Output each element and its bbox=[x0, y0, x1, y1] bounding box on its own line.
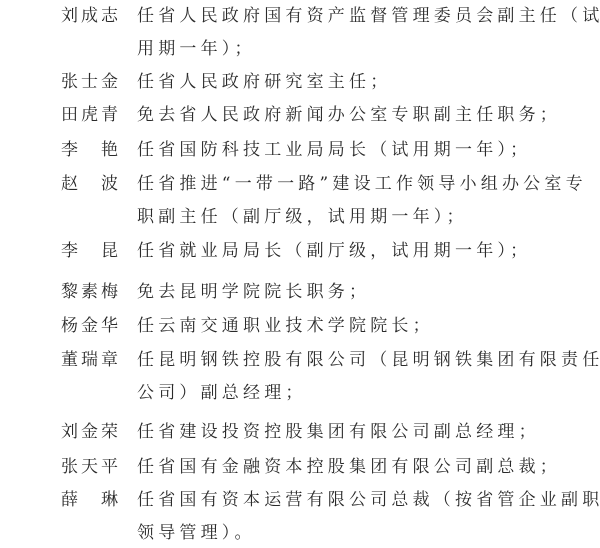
entry-description: 免去昆明学院院长职务； bbox=[137, 276, 577, 309]
person-name: 李 艳 bbox=[61, 134, 131, 167]
description-line: 任省建设投资控股集团有限公司副总经理； bbox=[137, 416, 577, 449]
description-line: 任省国有金融资本控股集团有限公司副总裁； bbox=[137, 451, 577, 484]
person-name: 董瑞章 bbox=[61, 344, 131, 377]
person-name: 张士金 bbox=[61, 66, 131, 99]
description-line: 职副主任（副厅级，试用期一年）； bbox=[137, 201, 577, 234]
description-line: 用期一年）； bbox=[137, 33, 577, 66]
person-name: 薛 琳 bbox=[61, 484, 131, 517]
description-line: 任省国防科技工业局局长（试用期一年）； bbox=[137, 134, 577, 167]
description-line: 任省人民政府研究室主任； bbox=[137, 66, 577, 99]
entry-description: 任省人民政府研究室主任； bbox=[137, 66, 577, 99]
description-line: 领导管理）。 bbox=[137, 517, 577, 548]
description-line: 任昆明钢铁控股有限公司（昆明钢铁集团有限责任 bbox=[137, 344, 577, 377]
entry-description: 任省国防科技工业局局长（试用期一年）； bbox=[137, 134, 577, 167]
description-line: 免去省人民政府新闻办公室专职副主任职务； bbox=[137, 99, 577, 132]
description-line: 任省推进“一带一路”建设工作领导小组办公室专 bbox=[137, 168, 577, 201]
person-name: 黎素梅 bbox=[61, 276, 131, 309]
description-line: 任省就业局局长（副厅级，试用期一年）； bbox=[137, 235, 577, 268]
entry-description: 任省推进“一带一路”建设工作领导小组办公室专 职副主任（副厅级，试用期一年）； bbox=[137, 168, 577, 234]
entry-description: 任省国有资本运营有限公司总裁（按省管企业副职 领导管理）。 bbox=[137, 484, 577, 548]
entry-description: 任省人民政府国有资产监督管理委员会副主任（试 用期一年）； bbox=[137, 0, 577, 66]
description-line: 公司）副总经理； bbox=[137, 377, 577, 410]
entry-description: 任昆明钢铁控股有限公司（昆明钢铁集团有限责任 公司）副总经理； bbox=[137, 344, 577, 410]
person-name: 张天平 bbox=[61, 451, 131, 484]
entry-description: 任省国有金融资本控股集团有限公司副总裁； bbox=[137, 451, 577, 484]
entry-description: 任省就业局局长（副厅级，试用期一年）； bbox=[137, 235, 577, 268]
person-name: 杨金华 bbox=[61, 310, 131, 343]
person-name: 赵 波 bbox=[61, 168, 131, 201]
description-line: 任省国有资本运营有限公司总裁（按省管企业副职 bbox=[137, 484, 577, 517]
entry-description: 任云南交通职业技术学院院长； bbox=[137, 310, 577, 343]
person-name: 李 昆 bbox=[61, 235, 131, 268]
person-name: 刘金荣 bbox=[61, 416, 131, 449]
entry-description: 任省建设投资控股集团有限公司副总经理； bbox=[137, 416, 577, 449]
description-line: 任省人民政府国有资产监督管理委员会副主任（试 bbox=[137, 0, 577, 33]
person-name: 刘成志 bbox=[61, 0, 131, 33]
description-line: 任云南交通职业技术学院院长； bbox=[137, 310, 577, 343]
person-name: 田虎青 bbox=[61, 99, 131, 132]
entry-description: 免去省人民政府新闻办公室专职副主任职务； bbox=[137, 99, 577, 132]
description-line: 免去昆明学院院长职务； bbox=[137, 276, 577, 309]
